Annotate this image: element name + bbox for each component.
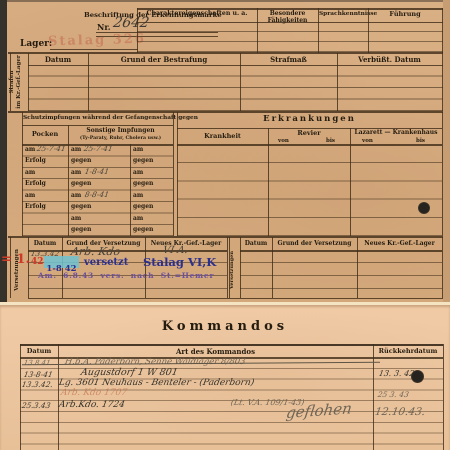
impf-cell: am: [133, 170, 143, 177]
scan-edge-top: [7, 0, 450, 2]
impf-cell: gegen: [71, 181, 91, 188]
stamp-purple-transfer: Am. 6.8.43 vers. nach St.=Hemer: [38, 271, 214, 280]
impf-cell: am: [71, 216, 81, 223]
rule-v: [20, 344, 21, 450]
traits-header-fuehrung: Führung: [369, 11, 441, 18]
rule-v: [240, 53, 241, 111]
kommando-date: 13.8.41: [23, 359, 51, 367]
impf-cell: gegen: [133, 204, 153, 211]
rule-v: [88, 53, 89, 111]
kommando-return-date: 12.10.43.: [374, 406, 426, 418]
rule-v: [357, 237, 358, 298]
impfungen-col-sonstige-sub: (Ty-Paraty, Ruhr, Cholera usw.): [69, 136, 172, 141]
impf-cell: gegen: [133, 158, 153, 165]
rule-h: [50, 49, 138, 50]
impf-cell: gegen: [133, 181, 153, 188]
erkrankungen-title: Erkrankungen: [177, 115, 442, 125]
rule-h: [8, 236, 443, 238]
rule-v: [442, 8, 443, 53]
strafen-side-label: Strafen im Kr.-Gef.-Lager: [9, 42, 27, 122]
impf-hand-date: 25-7-41: [36, 144, 67, 153]
rule-v: [268, 128, 269, 236]
rule-v: [443, 344, 444, 450]
impf-hand-date: 8-8-41: [84, 190, 110, 199]
rule-v: [337, 53, 338, 111]
rule-v: [442, 53, 443, 111]
kommandos-header-rueckkehr: Rückkehrdatum: [373, 348, 443, 355]
strafen-header-grund: Grund der Bestrafung: [88, 56, 240, 64]
impf-cell: am: [71, 193, 81, 200]
rule-v: [318, 8, 319, 53]
impf-cell: am: [133, 147, 143, 154]
kommando-text: Lg. 3601 Neuhaus - Benteler - (Paderborn…: [58, 378, 255, 388]
rule-v: [227, 237, 228, 298]
rule-h: [8, 52, 443, 54]
impf-hand-date: 25-7-41: [83, 144, 114, 153]
pow-record-card-scan: Beschriftung der Erkennungsmarke Nr. 264…: [0, 0, 450, 450]
stamp-blue-date-highlight: 1-8 42: [44, 256, 79, 268]
impf-cell: Erfolg: [25, 181, 46, 188]
rule-v: [272, 237, 273, 298]
versetz-r-header-grund: Grund der Versetzung: [272, 241, 357, 248]
rule-v: [173, 112, 174, 236]
impf-cell: gegen: [71, 204, 91, 211]
kommando-date: 13-8-41: [23, 370, 54, 379]
erkrankungen-col-lazarett: Lazarett — Krankenhaus: [350, 130, 442, 137]
impf-cell: am: [71, 170, 81, 177]
rule-v: [58, 344, 59, 450]
stamp-blue-versetzt: versetzt: [84, 257, 128, 268]
impf-cell: am: [25, 170, 35, 177]
rule-v: [10, 53, 11, 111]
rule-v: [10, 237, 11, 298]
rule-v: [350, 128, 351, 236]
impf-cell: Erfolg: [25, 204, 46, 211]
rule-v: [373, 344, 374, 450]
rule-v: [130, 144, 131, 236]
erkrankungen-rows: [177, 145, 442, 236]
versetz-r-rows: [240, 250, 442, 298]
traits-header-sprachen: Sprachkenntnisse: [319, 11, 367, 17]
impf-cell: Erfolg: [25, 158, 46, 165]
rule-v: [28, 53, 29, 111]
versetz-r-header-datum: Datum: [240, 241, 272, 248]
kommandos-title: Kommandos: [0, 320, 450, 335]
rule-h: [8, 111, 443, 113]
erkrankungen-col-revier: Revier: [268, 130, 350, 137]
kommando-return-date: 13. 3. 42: [378, 369, 415, 378]
rule-v: [240, 237, 241, 298]
rule-v: [368, 8, 369, 53]
impf-cell: am: [71, 147, 81, 154]
impf-cell: gegen: [133, 227, 153, 234]
rule-v: [229, 237, 230, 298]
impfungen-col-sonstige: Sonstige Impfungen: [69, 128, 172, 135]
rule-v: [442, 112, 443, 236]
kommando-text-faint: Arb. Kdo 1707: [60, 388, 128, 398]
kommandos-header-datum: Datum: [20, 348, 58, 355]
versetzungen-side-label-left: Versetzungen: [14, 240, 24, 300]
lager-stamp: Stalag 326: [48, 32, 146, 50]
strafen-header-strafmass: Strafmaß: [240, 56, 337, 64]
impf-cell: am: [133, 193, 143, 200]
impf-cell: am: [25, 147, 35, 154]
kommandos-header-art: Art des Kommandos: [58, 348, 373, 356]
strafen-header-datum: Datum: [28, 56, 88, 64]
impfungen-col-pocken: Pocken: [22, 131, 68, 138]
traits-empty-rows: [137, 22, 443, 52]
rule-v: [137, 8, 138, 53]
rule-v: [68, 125, 69, 236]
versetzungen-side-label-right: Versetzungen: [229, 240, 239, 300]
rule-v: [442, 237, 443, 298]
versetz-r-header-lager: Neues Kr.-Gef.-Lager: [357, 241, 442, 248]
impf-hand-date: 1-8-41: [84, 167, 110, 176]
versetz-l-header-datum: Datum: [28, 241, 62, 248]
punch-hole: [411, 370, 424, 383]
impf-cell: am: [133, 216, 143, 223]
kommando-date: 25.3.43: [21, 401, 51, 410]
rule-v: [177, 112, 178, 236]
stamp-red-fragment: = 1.: [1, 252, 30, 267]
impf-cell: gegen: [71, 227, 91, 234]
strafen-empty-rows: [28, 65, 443, 111]
rule-v: [22, 112, 23, 236]
rule-v: [257, 8, 258, 53]
kommando-date: 13.3.42.: [21, 380, 54, 389]
card-right-edge: [443, 0, 450, 302]
impfungen-title: Schutzimpfungen während der Gefangenscha…: [23, 115, 172, 121]
stamp-red-date: 42: [31, 257, 44, 267]
traits-header-charakter: Charaktereigenschaften u. a.: [139, 11, 255, 18]
kommando-return-date: 25 3. 43: [377, 390, 410, 399]
rule-h: [22, 125, 173, 126]
nr-label: Nr.: [97, 23, 111, 32]
kommando-text: Augustdorf 1 W 801: [80, 367, 179, 378]
strafen-header-verbuesst: Verbüßt. Datum: [337, 56, 442, 64]
punch-hole: [418, 202, 430, 214]
kommando-text: Arb.Kdo. 1724: [58, 400, 126, 410]
impf-cell: gegen: [71, 158, 91, 165]
erkrankungen-col-krankheit: Krankheit: [177, 133, 268, 140]
rule-v: [28, 237, 29, 298]
rule-h: [20, 344, 443, 346]
impf-cell: am: [25, 193, 35, 200]
stamp-blue-stalag: Stalag VI,K: [143, 255, 216, 269]
